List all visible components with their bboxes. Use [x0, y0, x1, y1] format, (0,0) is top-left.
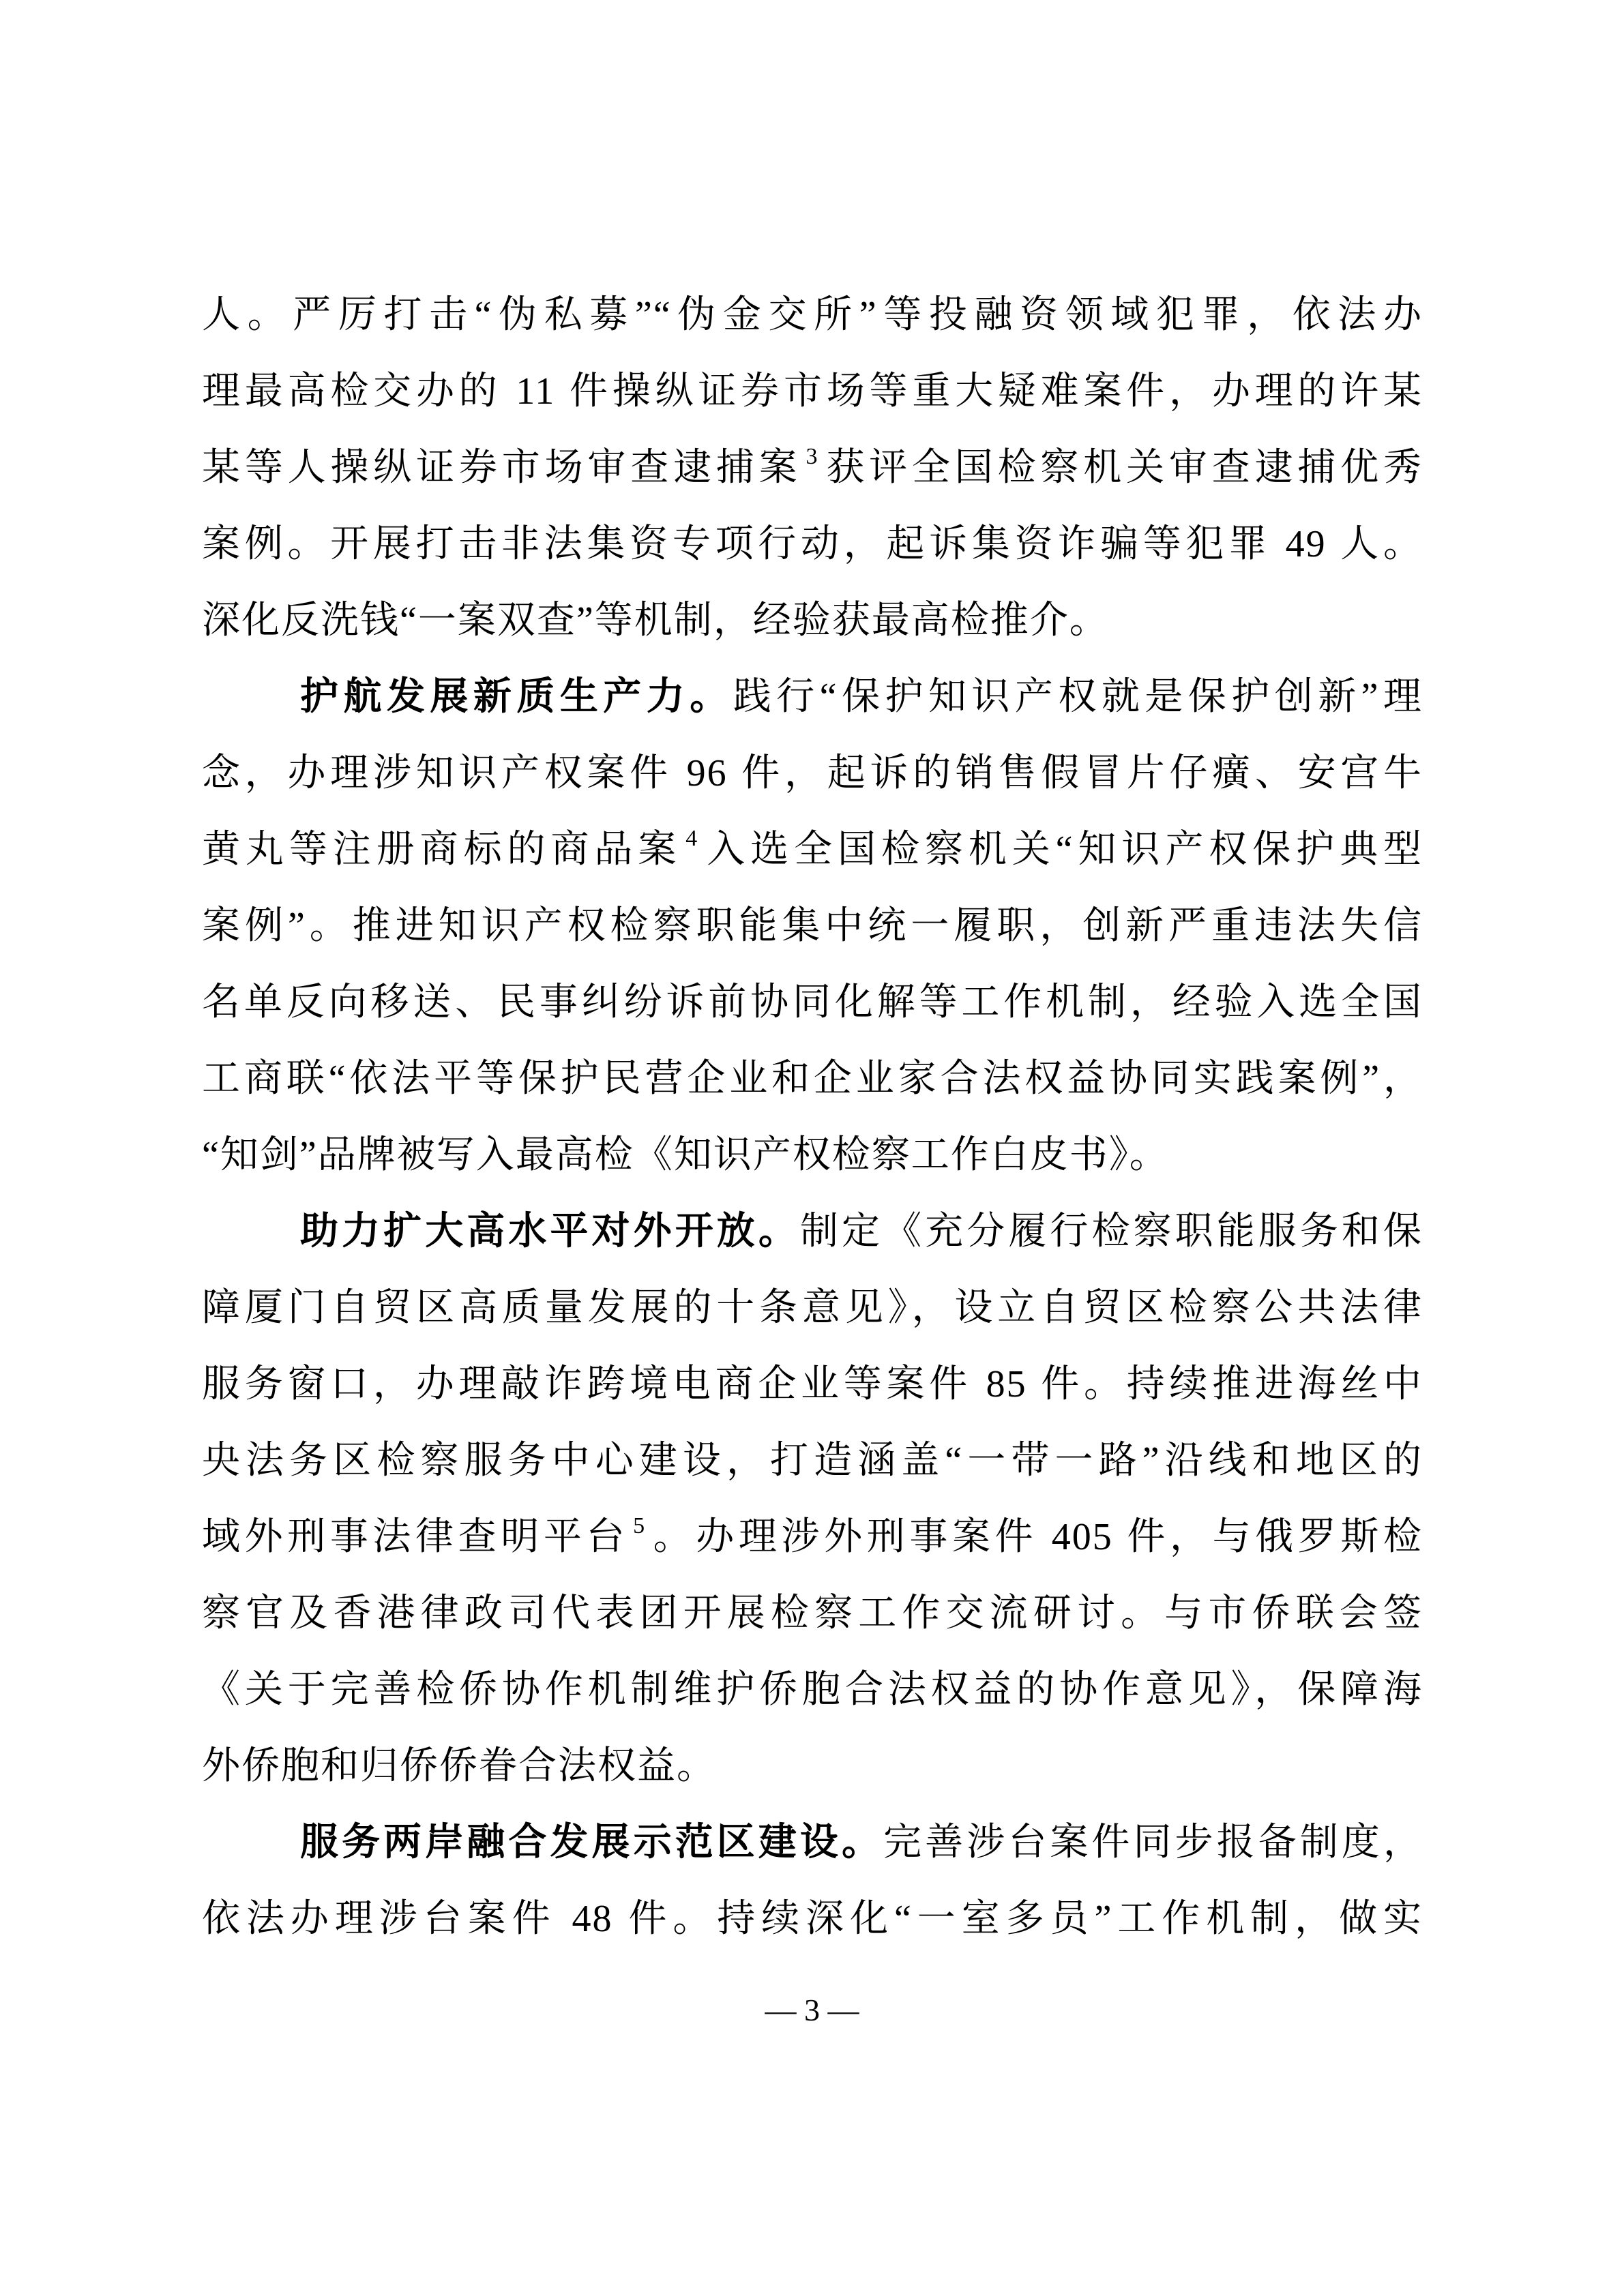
line-text: 践行“保护知识产权就是保护创新”理 — [733, 676, 1423, 718]
text-line: 人。严厉打击“伪私募”“伪金交所”等投融资领域犯罪，依法办 — [202, 277, 1423, 353]
text-line: 深化反洗钱“一案双查”等机制，经验获最高检推介。 — [202, 582, 1423, 659]
bold-lead: 服务两岸融合发展示范区建设。 — [300, 1821, 883, 1864]
page-number: — 3 — — [0, 1988, 1624, 2032]
line-text: 入选全国检察机关“知识产权保护典型 — [703, 829, 1423, 871]
text-line: 名单反向移送、民事纠纷诉前协同化解等工作机制，经验入选全国 — [202, 964, 1423, 1041]
footnote-ref-5: 5 — [629, 1513, 650, 1538]
line-text: 域外刑事法律查明平台 — [202, 1516, 629, 1558]
line-text: 完善涉台案件同步报备制度， — [883, 1821, 1423, 1864]
document-body: 人。严厉打击“伪私募”“伪金交所”等投融资领域犯罪，依法办 理最高检交办的 11… — [202, 277, 1423, 1957]
text-line: 念，办理涉知识产权案件 96 件，起诉的销售假冒片仔癀、安宫牛 — [202, 735, 1423, 811]
text-line: 工商联“依法平等保护民营企业和企业家合法权益协同实践案例”， — [202, 1041, 1423, 1117]
line-text: 。办理涉外刑事案件 405 件，与俄罗斯检 — [650, 1516, 1423, 1558]
text-line: 察官及香港律政司代表团开展检察工作交流研讨。与市侨联会签 — [202, 1575, 1423, 1652]
text-line: 依法办理涉台案件 48 件。持续深化“一室多员”工作机制，做实 — [202, 1881, 1423, 1957]
line-text: 黄丸等注册商标的商品案 — [202, 829, 681, 871]
text-line: 黄丸等注册商标的商品案4入选全国检察机关“知识产权保护典型 — [202, 811, 1423, 888]
text-line: “知剑”品牌被写入最高检《知识产权检察工作白皮书》。 — [202, 1117, 1423, 1193]
text-line: 案例”。推进知识产权检察职能集中统一履职，创新严重违法失信 — [202, 888, 1423, 964]
document-page: 人。严厉打击“伪私募”“伪金交所”等投融资领域犯罪，依法办 理最高检交办的 11… — [0, 0, 1624, 2296]
bold-lead: 护航发展新质生产力。 — [300, 676, 733, 718]
line-text: 获评全国检察机关审查逮捕优秀 — [823, 447, 1423, 489]
text-line: 案例。开展打击非法集资专项行动，起诉集资诈骗等犯罪 49 人。 — [202, 506, 1423, 582]
text-line: 域外刑事法律查明平台5。办理涉外刑事案件 405 件，与俄罗斯检 — [202, 1499, 1423, 1575]
footnote-ref-4: 4 — [681, 826, 703, 851]
paragraph-start-line: 护航发展新质生产力。践行“保护知识产权就是保护创新”理 — [202, 659, 1423, 735]
text-line: 理最高检交办的 11 件操纵证券市场等重大疑难案件，办理的许某 — [202, 353, 1423, 430]
text-line: 服务窗口，办理敲诈跨境电商企业等案件 85 件。持续推进海丝中 — [202, 1346, 1423, 1422]
bold-lead: 助力扩大高水平对外开放。 — [300, 1210, 800, 1253]
footnote-ref-3: 3 — [802, 444, 823, 469]
text-line: 障厦门自贸区高质量发展的十条意见》，设立自贸区检察公共法律 — [202, 1270, 1423, 1346]
line-text: 某等人操纵证券市场审查逮捕案 — [202, 447, 802, 489]
text-line: 外侨胞和归侨侨眷合法权益。 — [202, 1728, 1423, 1804]
text-line: 《关于完善检侨协作机制维护侨胞合法权益的协作意见》，保障海 — [202, 1652, 1423, 1728]
paragraph-start-line: 服务两岸融合发展示范区建设。完善涉台案件同步报备制度， — [202, 1804, 1423, 1881]
paragraph-start-line: 助力扩大高水平对外开放。制定《充分履行检察职能服务和保 — [202, 1193, 1423, 1270]
text-line: 央法务区检察服务中心建设，打造涵盖“一带一路”沿线和地区的 — [202, 1422, 1423, 1499]
text-line: 某等人操纵证券市场审查逮捕案3获评全国检察机关审查逮捕优秀 — [202, 430, 1423, 506]
line-text: 制定《充分履行检察职能服务和保 — [800, 1210, 1423, 1253]
